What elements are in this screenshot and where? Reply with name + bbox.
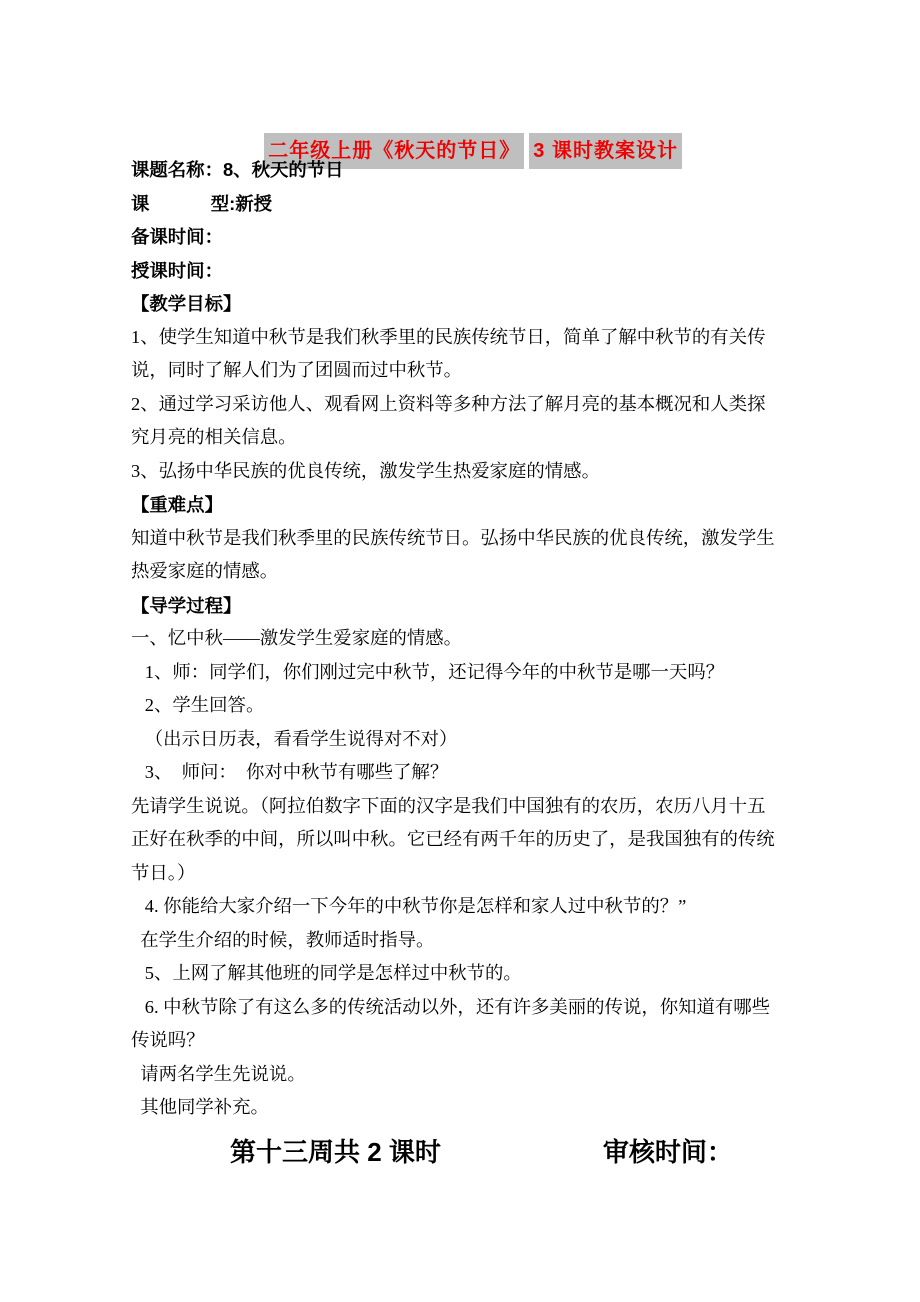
text-line: 4. 你能给大家介绍一下今年的中秋节你是怎样和家人过中秋节的？”: [131, 890, 803, 924]
text-line: 3、 师问： 你对中秋节有哪些了解？: [131, 756, 803, 790]
document-body: 课题名称：8、秋天的节日课 型:新授备课时间：授课时间：【教学目标】1、使学生知…: [131, 153, 803, 1125]
text-line: 一、忆中秋——激发学生爱家庭的情感。: [131, 622, 803, 656]
document-page: 二年级上册《秋天的节日》3 课时教案设计 课题名称：8、秋天的节日课 型:新授备…: [0, 0, 920, 1302]
text-line: 正好在秋季的中间，所以叫中秋。它已经有两千年的历史了，是我国独有的传统: [131, 823, 803, 857]
text-line: 在学生介绍的时候，教师适时指导。: [131, 924, 803, 958]
text-line: 请两名学生先说说。: [131, 1058, 803, 1092]
text-line: 热爱家庭的情感。: [131, 555, 803, 589]
text-line: 5、上网了解其他班的同学是怎样过中秋节的。: [131, 957, 803, 991]
text-line: 【导学过程】: [131, 589, 803, 623]
text-line: 授课时间：: [131, 254, 803, 288]
text-line: 说，同时了解人们为了团圆而过中秋节。: [131, 354, 803, 388]
footer-week-info: 第十三周共 2 课时: [230, 1132, 441, 1172]
text-line: 节日。）: [131, 857, 803, 891]
text-line: 知道中秋节是我们秋季里的民族传统节日。弘扬中华民族的优良传统，激发学生: [131, 522, 803, 556]
text-line: 【重难点】: [131, 488, 803, 522]
text-line: 究月亮的相关信息。: [131, 421, 803, 455]
text-line: 2、通过学习采访他人、观看网上资料等多种方法了解月亮的基本概况和人类探: [131, 388, 803, 422]
text-line: 【教学目标】: [131, 287, 803, 321]
text-line: 1、师：同学们，你们刚过完中秋节，还记得今年的中秋节是哪一天吗？: [131, 656, 803, 690]
text-line: 其他同学补充。: [131, 1091, 803, 1125]
document-footer: 第十三周共 2 课时 审核时间：: [131, 1132, 791, 1172]
footer-review-time-label: 审核时间：: [603, 1132, 733, 1172]
text-line: （出示日历表，看看学生说得对不对）: [131, 723, 803, 757]
text-line: 传说吗？: [131, 1024, 803, 1058]
text-line: 备课时间：: [131, 220, 803, 254]
text-line: 课 型:新授: [131, 187, 803, 221]
text-line: 1、使学生知道中秋节是我们秋季里的民族传统节日，简单了解中秋节的有关传: [131, 321, 803, 355]
text-line: 6. 中秋节除了有这么多的传统活动以外，还有许多美丽的传说，你知道有哪些: [131, 991, 803, 1025]
text-line: 3、弘扬中华民族的优良传统，激发学生热爱家庭的情感。: [131, 455, 803, 489]
text-line: 2、学生回答。: [131, 689, 803, 723]
text-line: 课题名称：8、秋天的节日: [131, 153, 803, 187]
text-line: 先请学生说说。（阿拉伯数字下面的汉字是我们中国独有的农历，农历八月十五: [131, 790, 803, 824]
